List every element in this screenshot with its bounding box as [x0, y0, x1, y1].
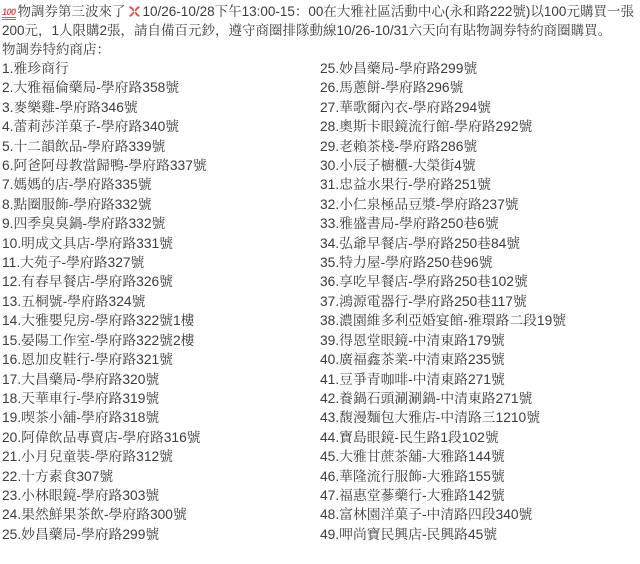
- store-list-item: 12.有春早餐店-學府路326號: [2, 272, 320, 291]
- store-list-item: 46.華隆流行服飾-大雅路155號: [320, 467, 638, 486]
- store-list-item: 5.十二韻飲品-學府路339號: [2, 137, 320, 156]
- store-list-right-column: 25.妙昌藥局-學府路299號26.馬蔥餅-學府路296號27.華歌爾內衣-學府…: [320, 59, 638, 544]
- store-list-item: 16.恩加皮鞋行-學府路321號: [2, 350, 320, 369]
- store-list-item: 40.廣福鑫茶業-中清東路235號: [320, 350, 638, 369]
- store-list-heading: 物調券特約商店：: [2, 40, 638, 59]
- store-list-item: 30.小辰子櫥櫃-大榮街4號: [320, 156, 638, 175]
- store-list-item: 29.老賴茶棧-學府路286號: [320, 137, 638, 156]
- announcement-text: 100物調券第三波來了 10/26-10/28下午13:00-15：00在大雅社…: [2, 2, 636, 40]
- store-list-item: 14.大雅嬰兒房-學府路322號1樓: [2, 311, 320, 330]
- store-list-item: 21.小月兒童裝-學府路312號: [2, 447, 320, 466]
- store-list-item: 31.忠益水果行-學府路251號: [320, 175, 638, 194]
- store-list-item: 20.阿偉飲品專賣店-學府路316號: [2, 428, 320, 447]
- store-list-item: 27.華歌爾內衣-學府路294號: [320, 98, 638, 117]
- store-list-item: 6.阿爸阿母教當歸鴨-學府路337號: [2, 156, 320, 175]
- store-list-item: 4.蕾莉莎洋菓子-學府路340號: [2, 117, 320, 136]
- store-list-item: 35.特力屋-學府路250巷96號: [320, 253, 638, 272]
- store-list-item: 3.麥樂雞-學府路346號: [2, 98, 320, 117]
- store-list-item: 44.寶島眼鏡-民生路1段102號: [320, 428, 638, 447]
- store-list-item: 41.豆爭青咖啡-中清東路271號: [320, 370, 638, 389]
- store-list-item: 38.濃園維多利亞婚宴館-雅環路二段19號: [320, 311, 638, 330]
- store-list-item: 11.大苑子-學府路327號: [2, 253, 320, 272]
- store-list-item: 43.馥漫麵包大雅店-中清路三1210號: [320, 408, 638, 427]
- store-list-item: 42.養鍋石頭涮涮鍋-中清東路271號: [320, 389, 638, 408]
- announcement-intro: 物調券第三波來了: [18, 4, 126, 19]
- store-list-item: 32.小仁泉極品豆漿-學府路237號: [320, 195, 638, 214]
- store-list-item: 47.福惠堂蔘藥行-大雅路142號: [320, 486, 638, 505]
- store-list-item: 36.享吃早餐店-學府路250巷102號: [320, 272, 638, 291]
- store-list-item: 2.大雅福倫藥局-學府路358號: [2, 78, 320, 97]
- store-list: 1.雅珍商行2.大雅福倫藥局-學府路358號3.麥樂雞-學府路346號4.蕾莉莎…: [2, 59, 638, 544]
- store-list-item: 49.呷尚寶民興店-民興路45號: [320, 525, 638, 544]
- store-list-left-column: 1.雅珍商行2.大雅福倫藥局-學府路358號3.麥樂雞-學府路346號4.蕾莉莎…: [2, 59, 320, 544]
- store-list-item: 15.晏陽工作室-學府路322號2樓: [2, 331, 320, 350]
- store-list-item: 19.喫茶小舖-學府路318號: [2, 408, 320, 427]
- announcement-page: 100物調券第三波來了 10/26-10/28下午13:00-15：00在大雅社…: [0, 0, 640, 544]
- store-list-item: 10.明成文具店-學府路331號: [2, 234, 320, 253]
- store-list-item: 26.馬蔥餅-學府路296號: [320, 78, 638, 97]
- store-list-item: 24.果然鮮果茶飲-學府路300號: [2, 505, 320, 524]
- store-list-item: 9.四季臭臭鍋-學府路332號: [2, 214, 320, 233]
- store-list-item: 25.妙昌藥局-學府路299號: [320, 59, 638, 78]
- store-list-item: 23.小林眼鏡-學府路303號: [2, 486, 320, 505]
- hundred-points-icon: 100: [2, 8, 16, 20]
- store-list-item: 34.弘爺早餐店-學府路250巷84號: [320, 234, 638, 253]
- store-list-item: 17.大昌藥局-學府路320號: [2, 370, 320, 389]
- store-list-item: 7.媽媽的店-學府路335號: [2, 175, 320, 194]
- store-list-item: 39.得恩堂眼鏡-中清東路179號: [320, 331, 638, 350]
- store-list-item: 18.天華車行-學府路319號: [2, 389, 320, 408]
- store-list-item: 33.雅盛書局-學府路250巷6號: [320, 214, 638, 233]
- store-list-item: 28.奧斯卡眼鏡流行館-學府路292號: [320, 117, 638, 136]
- store-list-item: 45.大雅甘蔗茶舖-大雅路144號: [320, 447, 638, 466]
- store-list-item: 22.十方素食307號: [2, 467, 320, 486]
- store-list-item: 25.妙昌藥局-學府路299號: [2, 525, 320, 544]
- store-list-item: 1.雅珍商行: [2, 59, 320, 78]
- store-list-item: 8.點圈服飾-學府路332號: [2, 195, 320, 214]
- anger-symbol-icon: [128, 5, 141, 18]
- store-list-item: 48.富林園洋菓子-中清路四段340號: [320, 505, 638, 524]
- store-list-item: 13.五桐號-學府路324號: [2, 292, 320, 311]
- store-list-item: 37.鴻源電器行-學府路250巷117號: [320, 292, 638, 311]
